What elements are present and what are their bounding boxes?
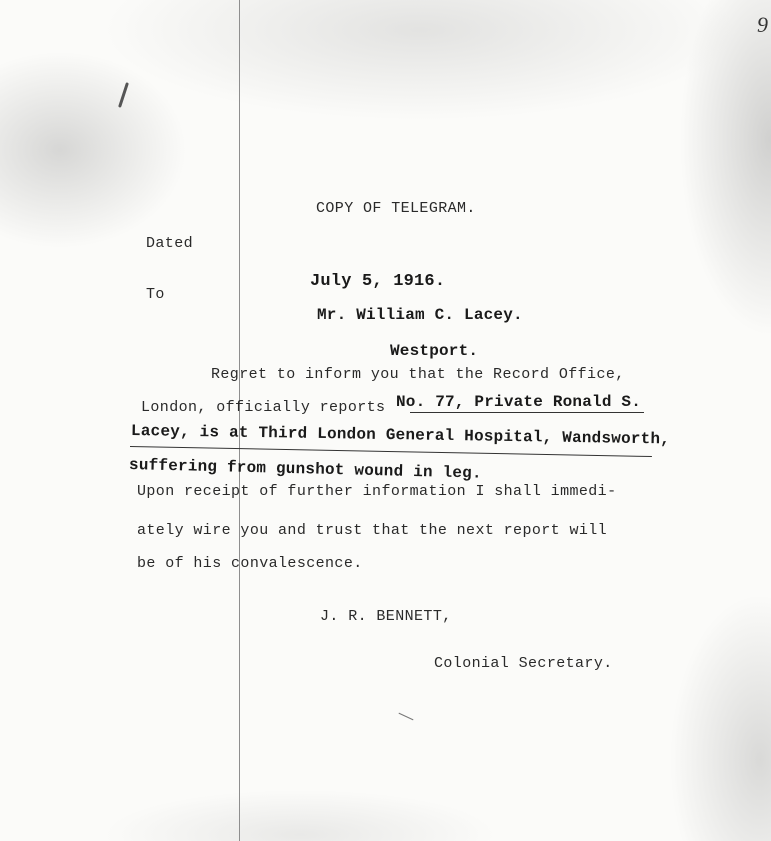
stray-mark xyxy=(399,713,414,721)
document-title: COPY OF TELEGRAM. xyxy=(316,200,476,217)
body-line-2-prefix: London, officially reports xyxy=(141,399,385,416)
underline-2 xyxy=(130,446,652,457)
margin-rule xyxy=(239,0,240,841)
to-label: To xyxy=(146,286,165,303)
signature-title: Colonial Secretary. xyxy=(434,655,613,672)
telegram-date: July 5, 1916. xyxy=(310,272,445,291)
body-line-4: suffering from gunshot wound in leg. xyxy=(129,456,482,483)
body-line-3: Lacey, is at Third London General Hospit… xyxy=(131,422,670,448)
dated-label: Dated xyxy=(146,235,193,252)
recipient-name: Mr. William C. Lacey. xyxy=(317,306,523,324)
body-line-7: be of his convalescence. xyxy=(137,555,363,572)
recipient-place: Westport. xyxy=(390,342,478,360)
body-line-1: Regret to inform you that the Record Off… xyxy=(211,366,625,383)
body-line-6: ately wire you and trust that the next r… xyxy=(137,522,607,539)
body-line-5: Upon receipt of further information I sh… xyxy=(137,483,616,500)
signature-name: J. R. BENNETT, xyxy=(320,608,452,625)
underline-1 xyxy=(410,412,644,413)
page-number: 9 xyxy=(757,12,768,38)
scanned-page: 9 COPY OF TELEGRAM. Dated To July 5, 191… xyxy=(0,0,771,841)
body-line-2-insert: No. 77, Private Ronald S. xyxy=(396,393,641,411)
pencil-mark xyxy=(118,82,129,108)
